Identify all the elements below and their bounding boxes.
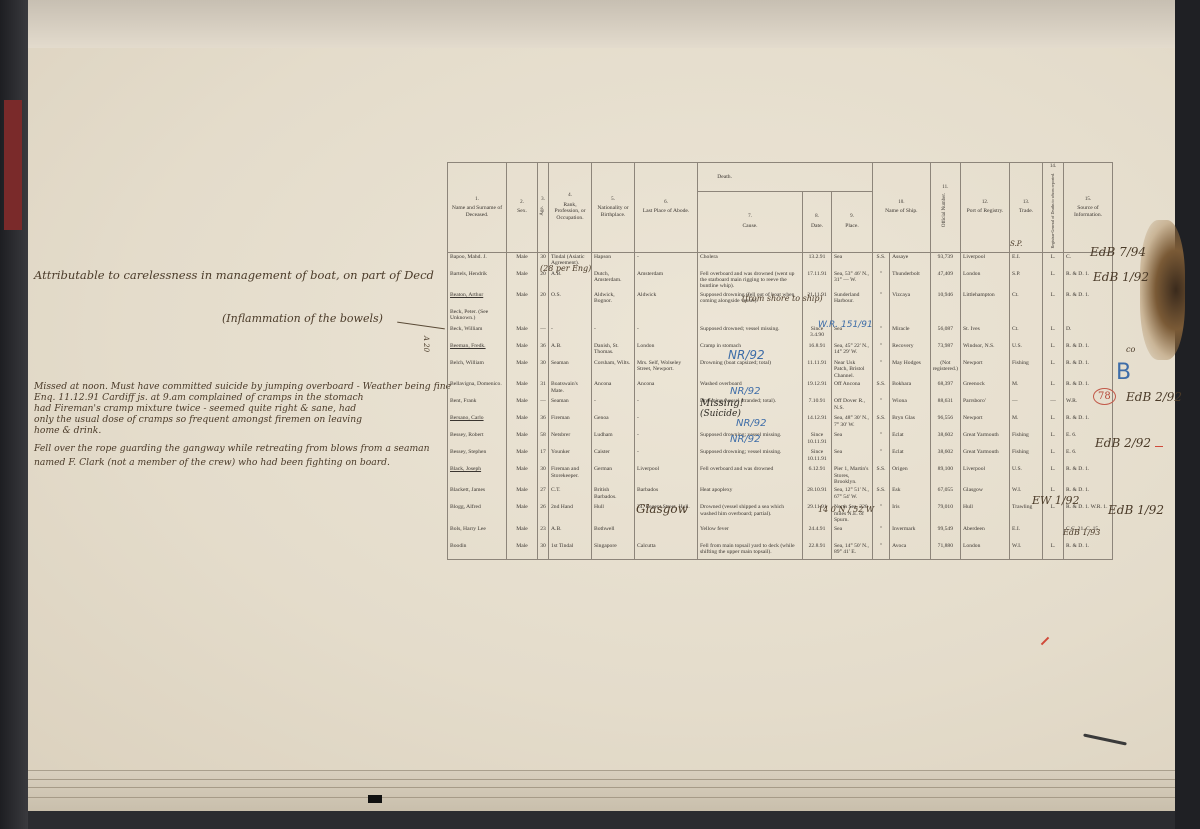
note-line: had Fireman's cramp mixture twice - seem… [34,403,451,414]
cell-port: Littlehampton [961,291,1010,308]
cell-cause: Cholera [698,252,803,270]
glasgow-note: Glasgow [636,502,688,516]
cell-sex: Male [507,291,538,308]
cell-nationality: Aldwick, Bognor. [592,291,635,308]
cell-official-no: 93,739 [930,252,960,270]
col-header-port: 12.Port of Registry. [961,163,1010,253]
cell-rank: Boatswain's Mate. [549,380,592,397]
cell-cause [698,308,803,325]
page-stack-bottom [28,770,1178,811]
cell-reg: L. [1043,325,1064,342]
cell-rank: C.T. [549,486,592,503]
cell-port: Liverpool [961,465,1010,486]
col-header-sex: 2.Sex. [507,163,538,253]
cell-trade: Fishing [1010,431,1043,448]
book-right-edge [1175,0,1200,829]
cell-place: Sea, 53° 46' N., 31° — W. [832,270,873,291]
cell-reg: L. [1043,270,1064,291]
cell-abode: Mrs. Self, Wolseley Street, Newport. [635,359,698,380]
cell-abode: - [635,414,698,431]
cell-name: Bellavigna, Domenico. [448,380,507,397]
cell-age: 17 [538,448,549,465]
cell-abode: Aldwick [635,291,698,308]
table-row: Belch, WilliamMale30SeamanCorsham, Wilts… [448,359,1113,380]
previous-page-edge [28,0,1178,49]
cell-sex: Male [507,486,538,503]
cell-source: R. & D. 1. [1064,542,1113,560]
margin-note-suicide: Missed at noon. Must have committed suic… [34,381,451,436]
cell-official-no: 99,549 [930,525,960,542]
cell-sex: Male [507,359,538,380]
small-mark: co [1126,345,1135,354]
cell-ship: Bokhara [890,380,931,397]
cell-rank: Fireman and Storekeeper. [549,465,592,486]
cell-ship-type: " [873,270,890,291]
cell-official-no: 79,010 [930,503,960,524]
book-spine-binding [4,100,22,230]
cell-ship: Eclat [890,431,931,448]
binding-clip [368,795,382,803]
col-header-place: 9.Place. [832,192,873,252]
cell-place: Sea, 12° 51' N., 67° 54' W. [832,486,873,503]
cell-name: Beeman, Fredk. [448,342,507,359]
note-line: Enq. 11.12.91 Cardiff js. at 9.am compla… [34,392,451,403]
cell-nationality: Hapson [592,252,635,270]
cell-cause: Yellow fever [698,525,803,542]
col-header-cause: 7.Cause. [698,192,803,252]
cell-port: Great Yarmouth [961,431,1010,448]
age-correction-note: (28 per Eng) [540,264,591,273]
cell-trade: M. [1010,414,1043,431]
cell-place: Sea [832,525,873,542]
cell-date: Since 10.11.91 [803,431,832,448]
cell-reg: L. [1043,342,1064,359]
cell-age: 23 [538,525,549,542]
nr-note: NR/92 [730,434,761,445]
cell-official-no: 56,087 [930,325,960,342]
cell-nationality: British Barbados. [592,486,635,503]
cell-reg: L. [1043,448,1064,465]
cell-source: D. [1064,325,1113,342]
cell-abode: - [635,325,698,342]
cell-ship: May Hodges [890,359,931,380]
cell-ship: Iris [890,503,931,524]
cell-ship-type: " [873,397,890,414]
cell-official-no: 88,631 [930,397,960,414]
cell-date: 16.8.91 [803,342,832,359]
cell-official-no: 10,946 [930,291,960,308]
cell-rank: 1st Tindal [549,542,592,560]
cell-trade: Ct. [1010,291,1043,308]
cell-place: Near Usk Patch, Bristol Channel. [832,359,873,380]
nr-note: NR/92 [736,418,767,429]
cell-trade: U.S. [1010,465,1043,486]
cell-port: Liverpool [961,252,1010,270]
cell-rank: Seaman [549,397,592,414]
cell-port: St. Ives [961,325,1010,342]
cell-official-no: (Not registered.) [930,359,960,380]
cell-port: Hull [961,503,1010,524]
circled-number: 78 [1093,388,1116,405]
cell-nationality: Dutch, Amsterdam. [592,270,635,291]
col-header-name: 1.Name and Surname of Deceased. [448,163,507,253]
cell-sex [507,308,538,325]
cell-port: Windsor, N.S. [961,342,1010,359]
cell-ship: Thunderbolt [890,270,931,291]
cell-rank: O.S. [549,291,592,308]
cell-ship-type: " [873,359,890,380]
cell-port [961,308,1010,325]
cell-port: London [961,542,1010,560]
cell-place: Sunderland Harbour. [832,291,873,308]
cell-cause: Supposed drowned; vessel missing. [698,325,803,342]
cell-name: Blackett, James [448,486,507,503]
cell-name: Bessey, Robert [448,431,507,448]
cell-trade: Fishing [1010,448,1043,465]
cell-abode: - [635,252,698,270]
cell-age [538,308,549,325]
cell-official-no: 71,880 [930,542,960,560]
cell-cause: Fell overboard and was drowned (went up … [698,270,803,291]
note-line: named F. Clark (not a member of the crew… [34,456,430,470]
place-note: 14 0 N / 52 W [818,505,874,514]
cell-trade: E.I. [1010,252,1043,270]
margin-note-carelessness: Attributable to carelessness in manageme… [34,268,434,282]
cell-official-no: 68,397 [930,380,960,397]
cell-reg: L. [1043,359,1064,380]
cell-port: London [961,270,1010,291]
cell-name: Beck, William [448,325,507,342]
cell-ship-type: " [873,291,890,308]
cell-name: Bessey, Stephen [448,448,507,465]
cell-sex: Male [507,448,538,465]
cell-date: 11.11.91 [803,359,832,380]
cell-nationality: Ancona [592,380,635,397]
cell-trade: U.S. [1010,342,1043,359]
cell-port: Newport [961,359,1010,380]
cell-ship-type: " [873,431,890,448]
cell-ship: Assaye [890,252,931,270]
table-row: Bersano, CarloMale36FiremanGenoa-14.12.9… [448,414,1113,431]
cell-place: Off Ancona [832,380,873,397]
cell-ship: Miracle [890,325,931,342]
cell-name: Beaton, Arthur [448,291,507,308]
cell-reg: L. [1043,380,1064,397]
cell-sex: Male [507,431,538,448]
cell-ship: Bryn Glas [890,414,931,431]
cell-sex: Male [507,465,538,486]
cell-nationality: Corsham, Wilts. [592,359,635,380]
table-row: Beeman, Fredk.Male36A.B.Danish, St. Thom… [448,342,1113,359]
edb-initials: EdB 1/92 [1108,503,1164,517]
cell-abode: Calcutta [635,542,698,560]
cell-place: Sea, 48° 30' N., 7° 30' W. [832,414,873,431]
col-header-date: 8.Date. [803,192,832,252]
edb-initials: EdB 1/92 [1093,270,1149,284]
cell-reg: — [1043,397,1064,414]
cell-cause: Drowning (boat capsized; total) [698,359,803,380]
cell-date: 14.12.91 [803,414,832,431]
cell-place: Off Dover R., N.S. [832,397,873,414]
note-line: home & drink. [34,425,451,436]
cell-ship-type [873,308,890,325]
cell-date: 24.4.91 [803,525,832,542]
cell-reg: L. [1043,465,1064,486]
col-header-rank: 4.Rank, Profession, or Occupation. [549,163,592,253]
cell-ship-type: " [873,542,890,560]
cell-rank: Seaman [549,359,592,380]
cell-source: R. & D. 1. [1064,359,1113,380]
cell-name: Bent, Frank [448,397,507,414]
cell-abode: - [635,431,698,448]
note-line: Missed at noon. Must have committed suic… [34,381,451,392]
cell-abode [635,525,698,542]
cell-ship: Esk [890,486,931,503]
note-line: Fell over the rope guarding the gangway … [34,442,430,456]
cause-inline-note: (from shore to ship) [742,294,823,303]
cell-source: R. & D. 1. [1064,465,1113,486]
nr-note: NR/92 [728,348,765,362]
cell-source [1064,308,1113,325]
cell-date: 22.8.91 [803,542,832,560]
cell-trade: E.I. [1010,525,1043,542]
cell-rank: Fireman [549,414,592,431]
cell-age: 30 [538,542,549,560]
cell-rank: - [549,325,592,342]
cell-name: Black, Joseph [448,465,507,486]
cell-age: 20 [538,291,549,308]
cell-source: R. & D. 1. [1064,414,1113,431]
cell-official-no: 89,100 [930,465,960,486]
cell-trade: S.P. [1010,270,1043,291]
cell-nationality: Genoa [592,414,635,431]
wr-note: W.R. 151/91 [818,320,873,330]
cell-nationality: Bothwell [592,525,635,542]
cell-port: Great Yarmouth [961,448,1010,465]
trade-initials: EW 1/92 [1032,494,1080,507]
table-row: Black, JosephMale30Fireman and Storekeep… [448,465,1113,486]
cell-reg [1043,525,1064,542]
cell-date: 19.12.91 [803,380,832,397]
col-header-trade: 13.Trade. [1010,163,1043,253]
cell-rank [549,308,592,325]
cell-nationality: Danish, St. Thomas. [592,342,635,359]
cell-name: Bartels, Hendrik [448,270,507,291]
cell-reg: L. [1043,431,1064,448]
table-row: Bellavigna, Domenico.Male31Boatswain's M… [448,380,1113,397]
cell-name: Beck, Peter. (See Unknown.) [448,308,507,325]
edb-initials: EdB 2/92 [1126,390,1182,404]
cell-source: E. 6. [1064,448,1113,465]
nr-note: NR/92 [730,386,761,397]
deaths-register-table: 1.Name and Surname of Deceased. 2.Sex. 3… [447,162,1113,560]
cell-sex: Male [507,414,538,431]
cell-age: 36 [538,342,549,359]
cell-source: R. & D. 1. [1064,342,1113,359]
table-row: Bessey, StephenMale17YounkerCaister-Supp… [448,448,1113,465]
side-mark: A 20 [422,336,430,352]
cell-official-no: 73,987 [930,342,960,359]
cell-ship-type: S.S. [873,465,890,486]
cell-ship-type: " [873,325,890,342]
cell-trade: — [1010,397,1043,414]
cell-cause: Drowned (vessel shipped a sea which wash… [698,503,803,524]
cell-abode: Amsterdam [635,270,698,291]
cell-place: Pier 1, Martin's Stores, Brooklyn. [832,465,873,486]
red-dash-mark [1155,446,1163,447]
cell-nationality: Caister [592,448,635,465]
cell-ship-type: S.S. [873,252,890,270]
cell-place: Sea, 14° 50' N., 89° 41' E. [832,542,873,560]
cell-ship: Avoca [890,542,931,560]
cell-trade: Ct. [1010,325,1043,342]
col-header-registrar: 14.Registrar-General of Deaths to whom r… [1043,163,1064,253]
cell-ship-type: " [873,503,890,524]
cell-rank: A.B. [549,525,592,542]
cell-abode: Liverpool [635,465,698,486]
cell-official-no [930,308,960,325]
blue-letter-mark: B [1116,360,1131,385]
cell-sex: Male [507,542,538,560]
cell-ship-type: " [873,448,890,465]
cell-ship: Wiona [890,397,931,414]
cell-nationality: Hull [592,503,635,524]
cell-abode: - [635,448,698,465]
edb-initials: EdB 7/94 [1090,245,1146,259]
cell-reg: L. [1043,252,1064,270]
cell-ship-type: " [873,525,890,542]
missing-note: Missing! [700,398,744,409]
cell-age: 27 [538,486,549,503]
table-row: BoodinMale301st TindalSingaporeCalcuttaF… [448,542,1113,560]
cell-trade [1010,308,1043,325]
cell-nationality: German [592,465,635,486]
cell-place: Sea [832,448,873,465]
cell-nationality: - [592,397,635,414]
cell-port: Glasgow [961,486,1010,503]
cell-cause: Heat apoplexy [698,486,803,503]
col-header-death: Death. [698,163,873,192]
cell-ship-type: S.S. [873,380,890,397]
cell-age: 30 [538,465,549,486]
cell-sex: Male [507,342,538,359]
cell-port: Aberdeen [961,525,1010,542]
cell-place: Sea, 45° 22' N., 14° 29' W. [832,342,873,359]
cell-name: Bersano, Carlo [448,414,507,431]
cell-rank: A.B. [549,342,592,359]
cell-sex: Male [507,397,538,414]
suicide-note: (Suicide) [700,409,741,419]
cell-age: 36 [538,414,549,431]
cell-port: Greenock [961,380,1010,397]
cell-age: — [538,325,549,342]
cell-official-no: 67,055 [930,486,960,503]
cell-trade: Fishing [1010,359,1043,380]
cell-cause: Fell overboard and was drowned [698,465,803,486]
cell-date: 13.2.91 [803,252,832,270]
cell-source: R. & D. 1. [1064,291,1113,308]
cell-place: Sea [832,252,873,270]
col-header-nationality: 5.Nationality or Birthplace. [592,163,635,253]
cell-ship-type: S.S. [873,486,890,503]
cell-date: 6.12.91 [803,465,832,486]
cell-date: Since 10.11.91 [803,448,832,465]
col-header-ship: 10.Name of Ship. [873,163,931,253]
cell-sex: Male [507,525,538,542]
cell-abode: Ancona [635,380,698,397]
cell-cause: Fell from main topsail yard to deck (whi… [698,542,803,560]
cell-ship [890,308,931,325]
cell-reg: L. [1043,414,1064,431]
col-header-source: 15.Source of Information. [1064,163,1113,253]
margin-note-gangway: Fell over the rope guarding the gangway … [34,442,430,470]
col-header-age: 3.Age. [538,163,549,253]
cell-age: 31 [538,380,549,397]
cell-nationality: Ludham [592,431,635,448]
cell-ship: Origen [890,465,931,486]
cell-date: 7.10.91 [803,397,832,414]
cell-abode: - [635,397,698,414]
burn-mark [1140,220,1185,360]
cell-abode: London [635,342,698,359]
table-row: Beck, WilliamMale—---Supposed drowned; v… [448,325,1113,342]
cell-ship: Recovery [890,342,931,359]
cell-official-no: 38,602 [930,431,960,448]
cell-ship-type: " [873,342,890,359]
cell-trade: W.I. [1010,542,1043,560]
table-row: Bols, Harry LeeMale23A.B.BothwellYellow … [448,525,1113,542]
cell-age: 30 [538,359,549,380]
table-row: Beck, Peter. (See Unknown.) [448,308,1113,325]
cell-age: 26 [538,503,549,524]
table-row: Blackett, JamesMale27C.T.British Barbado… [448,486,1113,503]
cell-rank: Netsbrer [549,431,592,448]
table-row: Blogg, AlfredMale262nd HandHull24, Regen… [448,503,1113,524]
cell-ship: Invermark [890,525,931,542]
cell-nationality: Singapore [592,542,635,560]
cell-reg: L. [1043,291,1064,308]
cell-port: Parrsboro' [961,397,1010,414]
cell-reg: L. [1043,542,1064,560]
cell-sex: Male [507,380,538,397]
cell-port: Newport [961,414,1010,431]
cell-name: Bapoo, Mahd. J. [448,252,507,270]
table-row: Bent, FrankMale—Seaman--Drowning (vessel… [448,397,1113,414]
cell-official-no: 96,556 [930,414,960,431]
cell-sex: Male [507,325,538,342]
margin-note-inflammation: (Inflammation of the bowels) [222,312,383,325]
bottom-initials: EdB 1/93 [1063,528,1100,537]
note-line: only the usual dose of cramps so frequen… [34,414,451,425]
col-header-abode: 6.Last Place of Abode. [635,163,698,253]
cell-ship-type: S.S. [873,414,890,431]
cell-name: Belch, William [448,359,507,380]
cell-nationality [592,308,635,325]
edb-initials: EdB 2/92 [1095,436,1151,450]
cell-ship: Vizcaya [890,291,931,308]
cell-place: Sea [832,431,873,448]
cell-reg [1043,308,1064,325]
cell-abode [635,308,698,325]
cell-rank: 2nd Hand [549,503,592,524]
cell-abode: Barbados [635,486,698,503]
cell-date: 17.11.91 [803,270,832,291]
cell-age: — [538,397,549,414]
cell-sex: Male [507,270,538,291]
cell-sex: Male [507,503,538,524]
cell-sex: Male [507,252,538,270]
cell-trade: M. [1010,380,1043,397]
